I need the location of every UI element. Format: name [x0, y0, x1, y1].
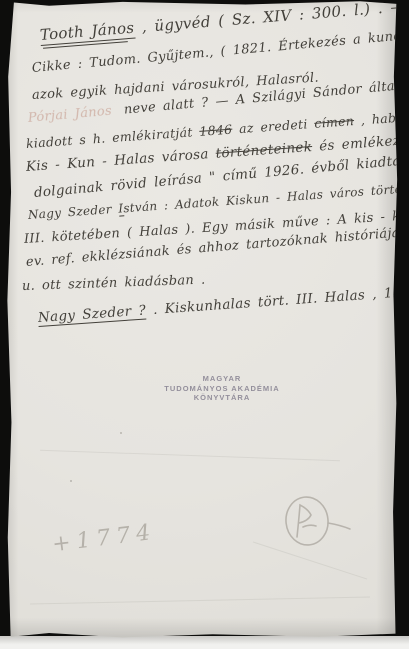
note-segment-dunderline: Tooth János	[39, 19, 135, 46]
note-segment-strike: címen	[314, 113, 355, 131]
stamp-line-2: TUDOMÁNYOS AKADÉMIA	[152, 384, 292, 394]
paper-speck	[70, 480, 72, 482]
note-segment: Nagy Szeder	[28, 202, 119, 222]
note-segment: az eredeti	[232, 116, 315, 137]
stamp-line-1: MAGYAR	[152, 374, 292, 384]
circled-pencil-mark	[282, 492, 360, 554]
scanner-bed-strip	[0, 636, 409, 649]
note-segment: , habár	[354, 109, 409, 128]
note-segment-strike: 1846	[199, 122, 233, 139]
note-line-11: u. ott szintén kiadásban .	[22, 273, 206, 294]
paper-crease	[30, 596, 370, 604]
paper-speck	[120, 432, 122, 434]
note-segment-underline: Nagy Szeder ?	[37, 302, 146, 327]
note-segment-strike: történeteinek	[215, 139, 312, 162]
pencil-accession-number: +1774	[51, 520, 158, 558]
note-segment-red: Pórjai János	[27, 104, 112, 126]
note-segment: . Kiskunhalas tört. III. Halas , 1936.	[145, 283, 409, 318]
note-segment: kiadott s h. emlékiratját	[25, 124, 199, 151]
note-segment: u. ott szintén kiadásban .	[22, 273, 206, 294]
note-segment: és emlékezetre	[312, 131, 409, 155]
library-stamp: MAGYAR TUDOMÁNYOS AKADÉMIA KÖNYVTÁRA	[152, 374, 292, 403]
pencil-circle	[284, 495, 331, 547]
stamp-line-3: KÖNYVTÁRA	[152, 393, 292, 403]
catalog-card-paper: Tooth János , ügyvéd ( Sz. XIV : 300. l.…	[0, 0, 409, 640]
paper-crease	[40, 450, 340, 461]
pencil-tail	[328, 523, 350, 529]
pencil-letter-p	[297, 505, 316, 537]
